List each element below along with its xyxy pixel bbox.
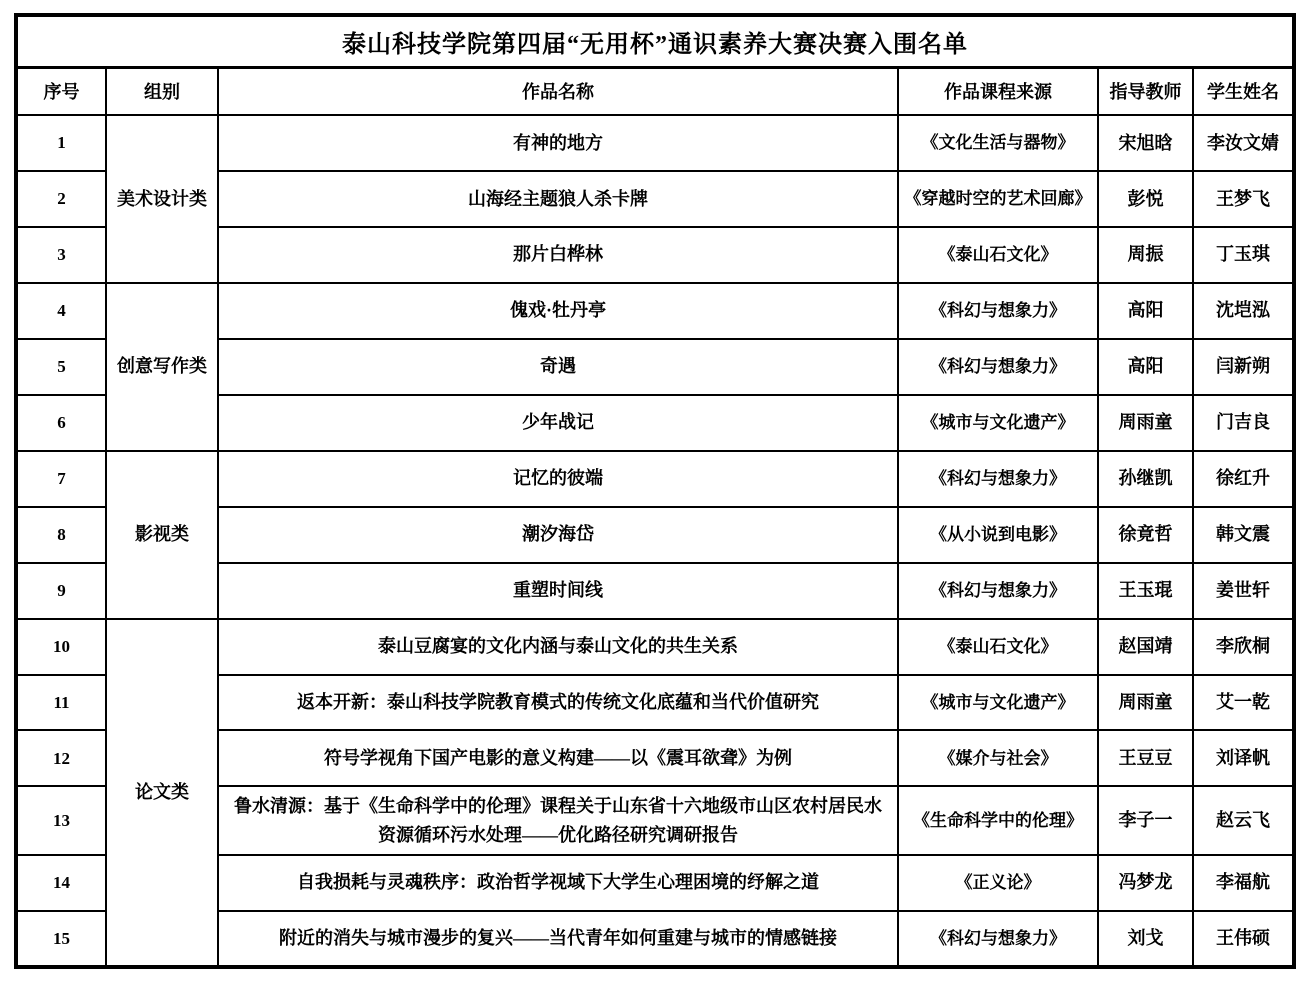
work-title-cell: 记忆的彼端 [218, 451, 898, 507]
student-name-cell: 姜世轩 [1193, 563, 1294, 619]
teacher-name-cell: 周雨童 [1098, 395, 1193, 451]
work-title-cell: 那片白桦林 [218, 227, 898, 283]
row-number-cell: 5 [16, 339, 106, 395]
work-title-cell: 有神的地方 [218, 115, 898, 171]
work-title-cell: 附近的消失与城市漫步的复兴——当代青年如何重建与城市的情感链接 [218, 911, 898, 967]
row-number-cell: 3 [16, 227, 106, 283]
student-name-cell: 李欣桐 [1193, 619, 1294, 675]
teacher-name-cell: 赵国靖 [1098, 619, 1193, 675]
work-title-cell: 返本开新：泰山科技学院教育模式的传统文化底蕴和当代价值研究 [218, 675, 898, 731]
title-row: 泰山科技学院第四届“无用杯”通识素养大赛决赛入围名单 [16, 15, 1294, 67]
col-header-group: 组别 [106, 67, 218, 115]
table-body: 1美术设计类有神的地方《文化生活与器物》宋旭晗李汝文婧2山海经主题狼人杀卡牌《穿… [16, 115, 1294, 967]
course-source-cell: 《科幻与想象力》 [898, 451, 1098, 507]
teacher-name-cell: 徐竟哲 [1098, 507, 1193, 563]
course-source-cell: 《正义论》 [898, 855, 1098, 911]
work-title-cell: 山海经主题狼人杀卡牌 [218, 171, 898, 227]
row-number-cell: 10 [16, 619, 106, 675]
student-name-cell: 王伟硕 [1193, 911, 1294, 967]
student-name-cell: 韩文震 [1193, 507, 1294, 563]
work-title-cell: 重塑时间线 [218, 563, 898, 619]
student-name-cell: 李汝文婧 [1193, 115, 1294, 171]
student-name-cell: 艾一乾 [1193, 675, 1294, 731]
student-name-cell: 徐红升 [1193, 451, 1294, 507]
teacher-name-cell: 宋旭晗 [1098, 115, 1193, 171]
teacher-name-cell: 高阳 [1098, 339, 1193, 395]
teacher-name-cell: 孙继凯 [1098, 451, 1193, 507]
course-source-cell: 《科幻与想象力》 [898, 339, 1098, 395]
work-title-cell: 潮汐海岱 [218, 507, 898, 563]
course-source-cell: 《泰山石文化》 [898, 227, 1098, 283]
row-number-cell: 7 [16, 451, 106, 507]
course-source-cell: 《城市与文化遗产》 [898, 675, 1098, 731]
row-number-cell: 6 [16, 395, 106, 451]
teacher-name-cell: 周雨童 [1098, 675, 1193, 731]
student-name-cell: 李福航 [1193, 855, 1294, 911]
row-number-cell: 8 [16, 507, 106, 563]
finalist-table: 泰山科技学院第四届“无用杯”通识素养大赛决赛入围名单 序号 组别 作品名称 作品… [14, 13, 1296, 969]
group-cell: 美术设计类 [106, 115, 218, 283]
course-source-cell: 《文化生活与器物》 [898, 115, 1098, 171]
row-number-cell: 4 [16, 283, 106, 339]
student-name-cell: 门吉良 [1193, 395, 1294, 451]
work-title-cell: 自我损耗与灵魂秩序：政治哲学视域下大学生心理困境的纾解之道 [218, 855, 898, 911]
teacher-name-cell: 王玉琨 [1098, 563, 1193, 619]
work-title-cell: 奇遇 [218, 339, 898, 395]
student-name-cell: 闫新朔 [1193, 339, 1294, 395]
row-number-cell: 1 [16, 115, 106, 171]
student-name-cell: 刘译帆 [1193, 730, 1294, 786]
work-title-cell: 泰山豆腐宴的文化内涵与泰山文化的共生关系 [218, 619, 898, 675]
col-header-no: 序号 [16, 67, 106, 115]
table-row: 7影视类记忆的彼端《科幻与想象力》孙继凯徐红升 [16, 451, 1294, 507]
table-row: 1美术设计类有神的地方《文化生活与器物》宋旭晗李汝文婧 [16, 115, 1294, 171]
course-source-cell: 《科幻与想象力》 [898, 563, 1098, 619]
teacher-name-cell: 冯梦龙 [1098, 855, 1193, 911]
course-source-cell: 《科幻与想象力》 [898, 911, 1098, 967]
group-cell: 论文类 [106, 619, 218, 967]
course-source-cell: 《科幻与想象力》 [898, 283, 1098, 339]
work-title-cell: 鲁水清源：基于《生命科学中的伦理》课程关于山东省十六地级市山区农村居民水资源循环… [218, 786, 898, 854]
col-header-student: 学生姓名 [1193, 67, 1294, 115]
course-source-cell: 《媒介与社会》 [898, 730, 1098, 786]
student-name-cell: 王梦飞 [1193, 171, 1294, 227]
row-number-cell: 11 [16, 675, 106, 731]
teacher-name-cell: 周振 [1098, 227, 1193, 283]
group-cell: 影视类 [106, 451, 218, 619]
teacher-name-cell: 李子一 [1098, 786, 1193, 854]
table-title: 泰山科技学院第四届“无用杯”通识素养大赛决赛入围名单 [16, 15, 1294, 67]
col-header-work: 作品名称 [218, 67, 898, 115]
course-source-cell: 《城市与文化遗产》 [898, 395, 1098, 451]
work-title-cell: 少年战记 [218, 395, 898, 451]
col-header-course: 作品课程来源 [898, 67, 1098, 115]
row-number-cell: 14 [16, 855, 106, 911]
work-title-cell: 傀戏·牡丹亭 [218, 283, 898, 339]
row-number-cell: 9 [16, 563, 106, 619]
course-source-cell: 《从小说到电影》 [898, 507, 1098, 563]
student-name-cell: 沈垲泓 [1193, 283, 1294, 339]
header-row: 序号 组别 作品名称 作品课程来源 指导教师 学生姓名 [16, 67, 1294, 115]
teacher-name-cell: 彭悦 [1098, 171, 1193, 227]
table-row: 4创意写作类傀戏·牡丹亭《科幻与想象力》高阳沈垲泓 [16, 283, 1294, 339]
document-sheet: 泰山科技学院第四届“无用杯”通识素养大赛决赛入围名单 序号 组别 作品名称 作品… [0, 0, 1306, 984]
course-source-cell: 《泰山石文化》 [898, 619, 1098, 675]
student-name-cell: 赵云飞 [1193, 786, 1294, 854]
col-header-teacher: 指导教师 [1098, 67, 1193, 115]
group-cell: 创意写作类 [106, 283, 218, 451]
row-number-cell: 13 [16, 786, 106, 854]
teacher-name-cell: 王豆豆 [1098, 730, 1193, 786]
table-row: 10论文类泰山豆腐宴的文化内涵与泰山文化的共生关系《泰山石文化》赵国靖李欣桐 [16, 619, 1294, 675]
row-number-cell: 15 [16, 911, 106, 967]
work-title-cell: 符号学视角下国产电影的意义构建——以《震耳欲聋》为例 [218, 730, 898, 786]
row-number-cell: 2 [16, 171, 106, 227]
teacher-name-cell: 高阳 [1098, 283, 1193, 339]
teacher-name-cell: 刘戈 [1098, 911, 1193, 967]
course-source-cell: 《穿越时空的艺术回廊》 [898, 171, 1098, 227]
student-name-cell: 丁玉琪 [1193, 227, 1294, 283]
course-source-cell: 《生命科学中的伦理》 [898, 786, 1098, 854]
row-number-cell: 12 [16, 730, 106, 786]
